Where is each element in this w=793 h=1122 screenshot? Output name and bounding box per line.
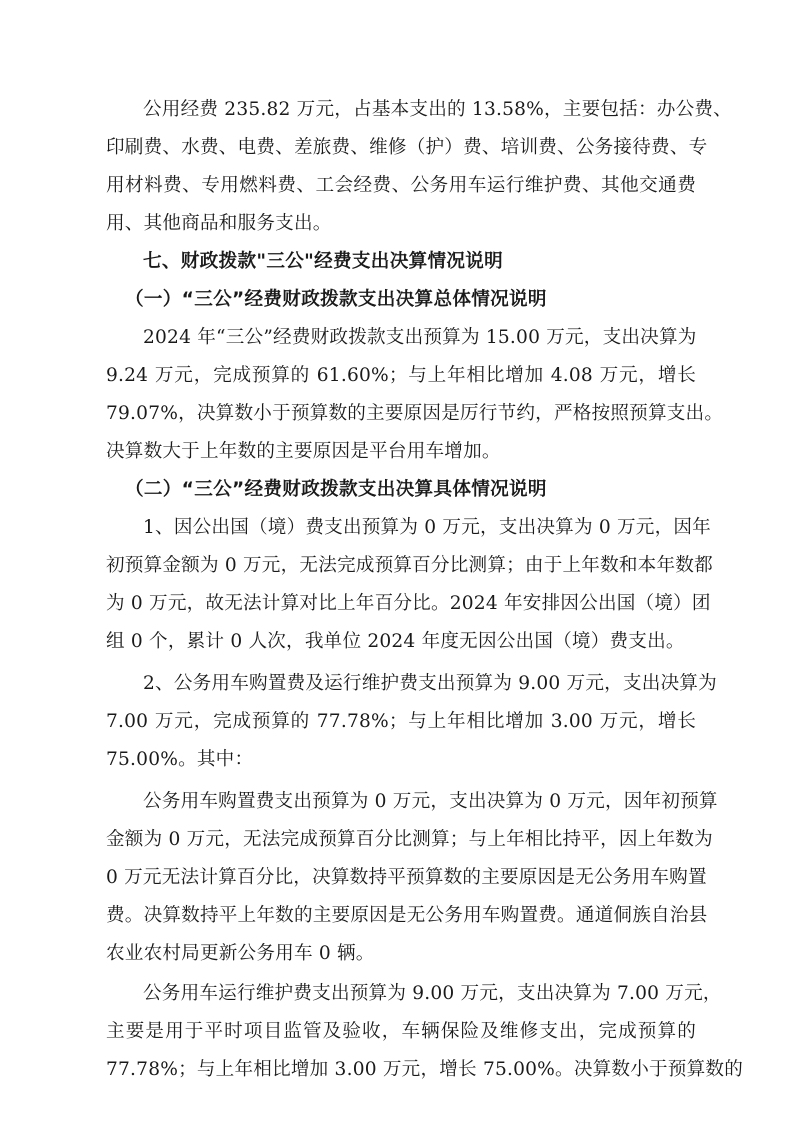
section-heading-7: 七、财政拨款"三公"经费支出决算情况说明 xyxy=(143,250,503,274)
paragraph-line: 2、公务用车购置费及运行维护费支出预算为 9.00 万元，支出决算为 xyxy=(143,672,696,696)
subsection-heading-1: （一）“三公”经费财政拨款支出决算总体情况说明 xyxy=(125,288,547,312)
paragraph-line: 公务用车运行维护费支出预算为 9.00 万元，支出决算为 7.00 万元， xyxy=(143,982,696,1006)
paragraph-line: 主要是用于平时项目监管及验收，车辆保险及维修支出，完成预算的 xyxy=(106,1020,696,1044)
document-page: 公用经费 235.82 万元，占基本支出的 13.58%，主要包括：办公费、 印… xyxy=(0,0,793,1122)
paragraph-line: 组 0 个，累计 0 人次，我单位 2024 年度无因公出国（境）费支出。 xyxy=(106,630,696,654)
paragraph-line: 9.24 万元，完成预算的 61.60%；与上年相比增加 4.08 万元，增长 xyxy=(106,364,696,388)
paragraph-line: 决算数大于上年数的主要原因是平台用车增加。 xyxy=(106,440,696,464)
paragraph-line: 75.00%。其中： xyxy=(106,748,696,772)
paragraph-line: 为 0 万元，故无法计算对比上年百分比。2024 年安排因公出国（境）团 xyxy=(106,592,696,616)
paragraph-line: 公用经费 235.82 万元，占基本支出的 13.58%，主要包括：办公费、 xyxy=(143,98,696,122)
paragraph-line: 印刷费、水费、电费、差旅费、维修（护）费、培训费、公务接待费、专 xyxy=(106,136,696,160)
paragraph-line: 0 万元无法计算百分比，决算数持平预算数的主要原因是无公务用车购置 xyxy=(106,866,696,890)
paragraph-line: 1、因公出国（境）费支出预算为 0 万元，支出决算为 0 万元，因年 xyxy=(143,516,696,540)
paragraph-line: 费。决算数持平上年数的主要原因是无公务用车购置费。通道侗族自治县 xyxy=(106,904,696,928)
subsection-heading-2: （二）“三公”经费财政拨款支出决算具体情况说明 xyxy=(125,478,547,502)
paragraph-line: 公务用车购置费支出预算为 0 万元，支出决算为 0 万元，因年初预算 xyxy=(143,790,696,814)
paragraph-line: 金额为 0 万元，无法完成预算百分比测算；与上年相比持平，因上年数为 xyxy=(106,828,696,852)
paragraph-line: 2024 年“三公”经费财政拨款支出预算为 15.00 万元，支出决算为 xyxy=(143,326,696,350)
paragraph-line: 初预算金额为 0 万元，无法完成预算百分比测算；由于上年数和本年数都 xyxy=(106,554,696,578)
paragraph-line: 农业农村局更新公务用车 0 辆。 xyxy=(106,942,696,966)
paragraph-line: 77.78%；与上年相比增加 3.00 万元，增长 75.00%。决算数小于预算… xyxy=(106,1058,696,1082)
paragraph-line: 7.00 万元，完成预算的 77.78%；与上年相比增加 3.00 万元，增长 xyxy=(106,710,696,734)
paragraph-line: 用、其他商品和服务支出。 xyxy=(106,212,696,236)
paragraph-line: 用材料费、专用燃料费、工会经费、公务用车运行维护费、其他交通费 xyxy=(106,174,696,198)
paragraph-line: 79.07%，决算数小于预算数的主要原因是厉行节约，严格按照预算支出。 xyxy=(106,402,696,426)
